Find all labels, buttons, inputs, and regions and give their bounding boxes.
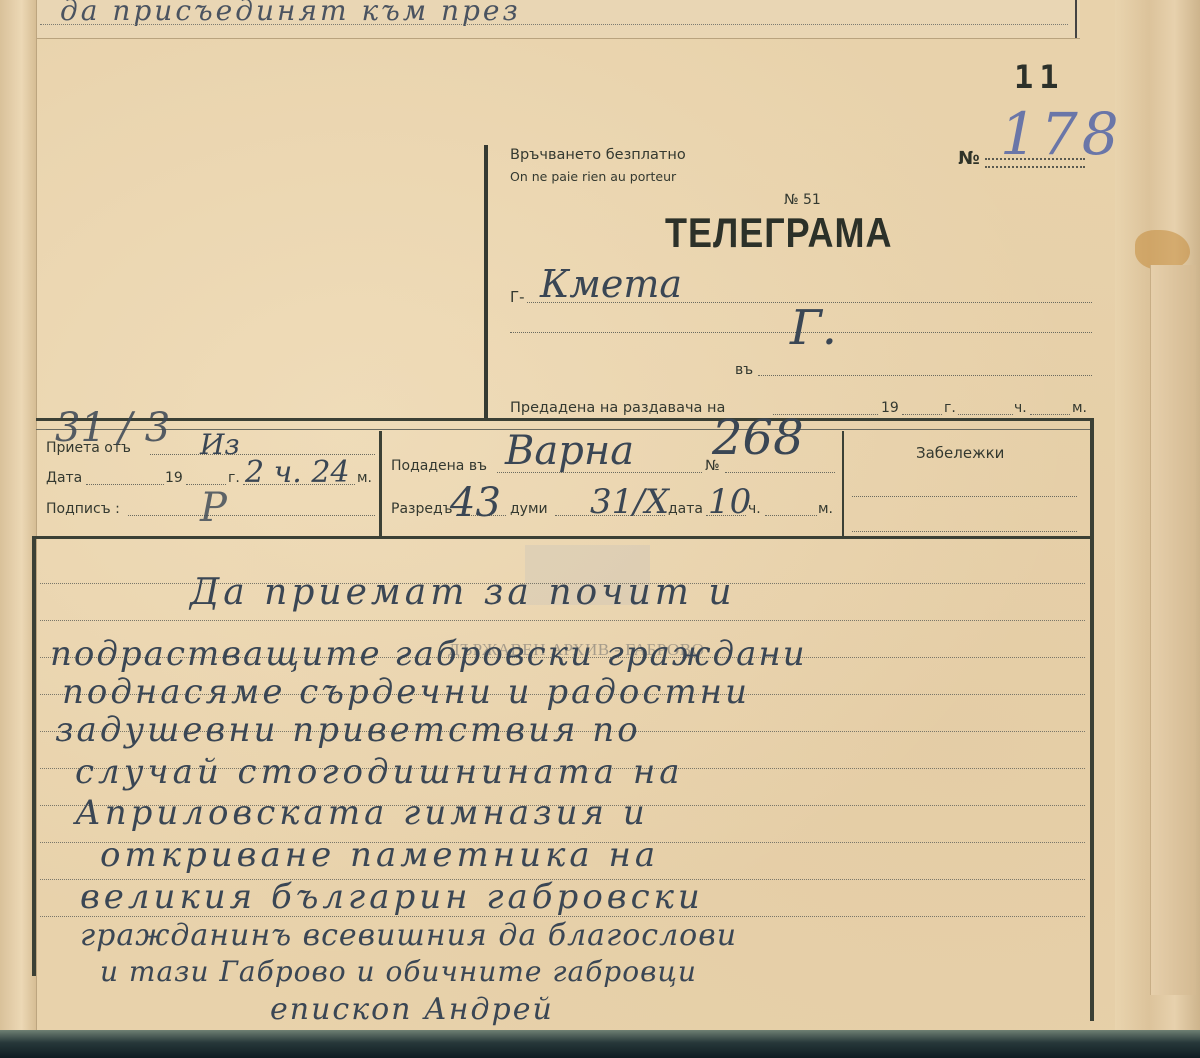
signature-value: Р: [200, 485, 227, 531]
date-line: [86, 484, 164, 485]
addressee-mark: Г.: [790, 300, 837, 356]
submitted-number-line: [725, 472, 835, 473]
free-delivery-fr: On ne paie rien au porteur: [510, 169, 676, 184]
message-line: поднасяме сърдечни и радостни: [62, 672, 750, 712]
previous-page-handwriting: да присъединят към през: [60, 0, 521, 27]
delivered-hour-line: [958, 414, 1013, 415]
remarks-label: Забележки: [916, 444, 1004, 462]
in-label: въ: [735, 362, 753, 378]
delivered-hour-label: ч.: [1014, 400, 1027, 416]
message-line: Да приемат за почит и: [190, 572, 736, 613]
message-line: великия българин габровски: [80, 877, 704, 917]
delivered-year-line: [902, 414, 942, 415]
box-divider-2: [842, 431, 844, 536]
box-divider-1: [379, 431, 382, 536]
submitted-hour-value: 10: [708, 482, 751, 522]
submitted-in-label: Подадена въ: [391, 458, 487, 474]
delivered-minute-line: [1030, 414, 1070, 415]
box-left-rule: [32, 536, 36, 976]
date-label-submitted: дата: [668, 501, 703, 517]
previous-page-strip: да присъединят към през: [0, 0, 1080, 39]
attached-slip: [1150, 265, 1196, 995]
date-year-suffix: г.: [228, 470, 240, 486]
message-line: гражданинъ всевишния да благослови: [80, 918, 737, 953]
submitted-number-value: 268: [712, 410, 804, 466]
previous-page-dotted-line: [40, 24, 1068, 25]
message-line: и тази Габрово и обичните габровци: [100, 955, 697, 988]
telegram-number-label: №: [958, 148, 980, 169]
page-number: 11: [1014, 58, 1065, 96]
form-number: № 51: [784, 192, 821, 208]
message-rule: [40, 620, 1085, 621]
message-line: Априловската гимназия и: [75, 793, 649, 833]
date-time-value: 2 ч. 24: [245, 455, 350, 490]
addressee-name: Кмета: [540, 262, 682, 306]
date-value: 31 / 3: [55, 405, 170, 451]
signature-line: [128, 515, 375, 516]
remarks-line-2: [852, 531, 1077, 532]
class-value: 43: [450, 480, 501, 526]
date-year: 19: [165, 470, 183, 486]
delivered-year: 19: [881, 400, 899, 416]
book-binding-bottom: [0, 1030, 1200, 1058]
submitted-hour-label: ч.: [748, 501, 761, 517]
class-label: Разредъ: [391, 501, 453, 517]
remarks-line-1: [852, 496, 1077, 497]
submitted-minute-line: [765, 515, 817, 516]
previous-page-border: [1075, 0, 1077, 38]
right-page-stack: [1115, 0, 1200, 1058]
stain-mark: [1135, 230, 1190, 270]
words-label: думи: [510, 501, 548, 517]
date-minute-label: м.: [357, 470, 372, 486]
in-line: [758, 375, 1092, 376]
message-line: откриване паметника на: [100, 835, 659, 875]
delivered-minute-label: м.: [1072, 400, 1087, 416]
submitted-minute-label: м.: [818, 501, 833, 517]
date-label: Дата: [46, 470, 82, 486]
message-line: подрастващите габровски граждани: [50, 634, 807, 674]
submitted-in-value: Варна: [505, 428, 634, 474]
signature-label: Подписъ :: [46, 501, 120, 517]
submitted-date-value: 31/X: [590, 482, 669, 522]
free-delivery-bg: Връчването безплатно: [510, 147, 686, 163]
addressee-prefix: Г-: [510, 288, 525, 306]
delivered-year-suffix: г.: [944, 400, 956, 416]
delivered-label: Предадена на раздавача на: [510, 400, 725, 416]
message-signature: епископ Андрей: [270, 992, 554, 1027]
message-line: случай стогодишнината на: [75, 752, 684, 792]
header-vertical-rule: [484, 145, 488, 420]
received-from-value: Из: [200, 428, 240, 461]
message-line: задушевни приветствия по: [55, 710, 641, 750]
telegram-number-value: 178: [1000, 100, 1123, 168]
box-middle-rule: [36, 536, 1090, 539]
document-title: ТЕЛЕГРАМА: [665, 209, 893, 257]
